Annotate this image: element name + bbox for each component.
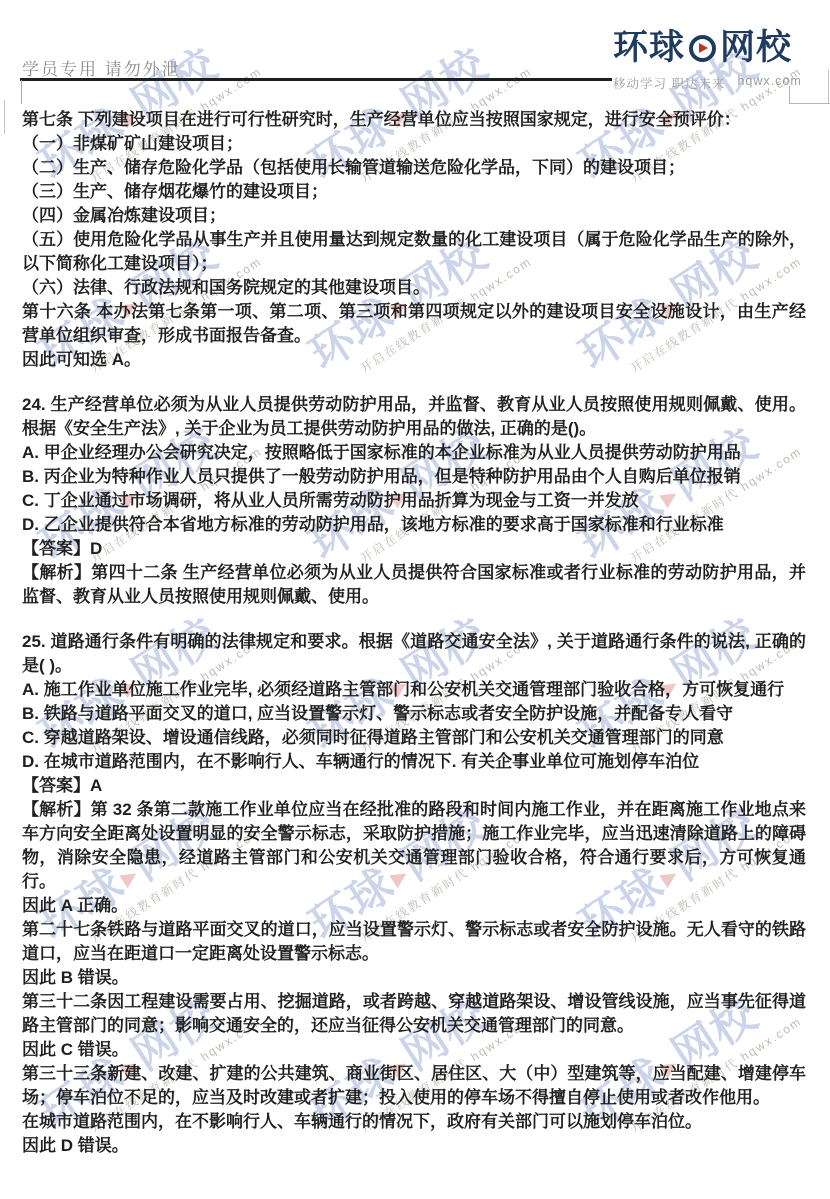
paragraph: 【答案】A <box>22 774 806 798</box>
paragraph: 24. 生产经营单位必须为从业人员提供劳动防护用品，并监督、教育从业人员按照使用… <box>22 393 806 441</box>
paragraph: C. 丁企业通过市场调研，将从业人员所需劳动防护用品折算为现金与工资一并发放 <box>22 489 806 513</box>
paragraph: 【解析】第四十二条 生产经营单位必须为从业人员提供符合国家标准或者行业标准的劳动… <box>22 561 806 609</box>
paragraph: A. 甲企业经理办公会研究决定，按照略低于国家标准的本企业标准为从业人员提供劳动… <box>22 441 806 465</box>
paragraph: 25. 道路通行条件有明确的法律规定和要求。根据《道路交通安全法》, 关于道路通… <box>22 630 806 678</box>
paragraph: 【解析】第 32 条第二款施工作业单位应当在经批准的路段和时间内施工作业，并在距… <box>22 798 806 894</box>
paragraph: 在城市道路范围内，在不影响行人、车辆通行的情况下，政府有关部门可以施划停车泊位。 <box>22 1110 806 1134</box>
brand-tagline-row: 移动学习 职达未来 hqwx.com <box>613 74 793 92</box>
paragraph: C. 穿越道路架设、增设通信线路，必须同时征得道路主管部门和公安机关交通管理部门… <box>22 726 806 750</box>
paragraph: （三）生产、储存烟花爆竹的建设项目； <box>22 180 806 204</box>
paragraph: 因此 A 正确。 <box>22 894 806 918</box>
paragraph: D. 在城市道路范围内，在不影响行人、车辆通行的情况下. 有关企事业单位可施划停… <box>22 750 806 774</box>
confidential-notice: 学员专用 请勿外泄 <box>22 55 181 80</box>
header-cell-border-v2 <box>828 70 829 104</box>
brand-site: hqwx.com <box>737 74 801 92</box>
paragraph: 【答案】D <box>22 537 806 561</box>
paragraph: 第三十三条新建、改建、扩建的公共建筑、商业街区、居住区、大（中）型建筑等，应当配… <box>22 1062 806 1110</box>
logo-play-icon <box>689 35 716 62</box>
header-divider <box>20 78 612 81</box>
brand-logo-row: 环球 网校 <box>613 28 793 68</box>
logo-text-right: 网校 <box>720 28 792 68</box>
page-header: 学员专用 请勿外泄 环球 网校 移动学习 职达未来 hqwx.com <box>0 0 830 106</box>
paragraph: 第三十二条因工程建设需要占用、挖掘道路，或者跨越、穿越道路架设、增设管线设施，应… <box>22 990 806 1038</box>
brand-tagline: 移动学习 职达未来 <box>613 74 725 92</box>
paragraph-spacer <box>22 609 806 630</box>
header-cell-border-v1 <box>789 86 790 104</box>
document-page: 环球▶网校开启在线教育新时代 hqwx.com环球▶网校开启在线教育新时代 hq… <box>0 0 830 1199</box>
paragraph: （五）使用危险化学品从事生产并且使用量达到规定数量的化工建设项目（属于危险化学品… <box>22 228 806 276</box>
logo-text-left: 环球 <box>613 28 685 68</box>
paragraph: A. 施工作业单位施工作业完毕, 必须经道路主管部门和公安机关交通管理部门验收合… <box>22 678 806 702</box>
document-body: 第七条 下列建设项目在进行可行性研究时，生产经营单位应当按照国家规定，进行安全预… <box>22 108 806 1158</box>
paragraph: （一）非煤矿矿山建设项目； <box>22 132 806 156</box>
paragraph: 因此 C 错误。 <box>22 1038 806 1062</box>
paragraph: （四）金属冶炼建设项目； <box>22 204 806 228</box>
brand-logo: 环球 网校 移动学习 职达未来 hqwx.com <box>613 28 793 92</box>
paragraph: D. 乙企业提供符合本省地方标准的劳动防护用品，该地方标准的要求高于国家标准和行… <box>22 513 806 537</box>
paragraph: 第七条 下列建设项目在进行可行性研究时，生产经营单位应当按照国家规定，进行安全预… <box>22 108 806 132</box>
paragraph: 因此 D 错误。 <box>22 1134 806 1158</box>
paragraph: 因此 B 错误。 <box>22 966 806 990</box>
paragraph: 因此可知选 A。 <box>22 348 806 372</box>
paragraph: B. 丙企业为特种作业人员只提供了一般劳动防护用品，但是特种防护用品由个人自购后… <box>22 465 806 489</box>
page-border-tick-left <box>21 80 22 104</box>
paragraph: （六）法律、行政法规和国务院规定的其他建设项目。 <box>22 276 806 300</box>
paragraph-spacer <box>22 372 806 393</box>
paragraph: （二）生产、储存危险化学品（包括使用长输管道输送危险化学品，下同）的建设项目； <box>22 156 806 180</box>
paragraph: 第十六条 本办法第七条第一项、第二项、第三项和第四项规定以外的建设项目安全设施设… <box>22 300 806 348</box>
play-triangle-icon <box>699 43 708 53</box>
header-cell-border-h <box>789 103 830 104</box>
paragraph: 第二十七条铁路与道路平面交叉的道口，应当设置警示灯、警示标志或者安全防护设施。无… <box>22 918 806 966</box>
page-border-left <box>4 100 5 134</box>
paragraph: B. 铁路与道路平面交叉的道口, 应当设置警示灯、警示标志或者安全防护设施，并配… <box>22 702 806 726</box>
